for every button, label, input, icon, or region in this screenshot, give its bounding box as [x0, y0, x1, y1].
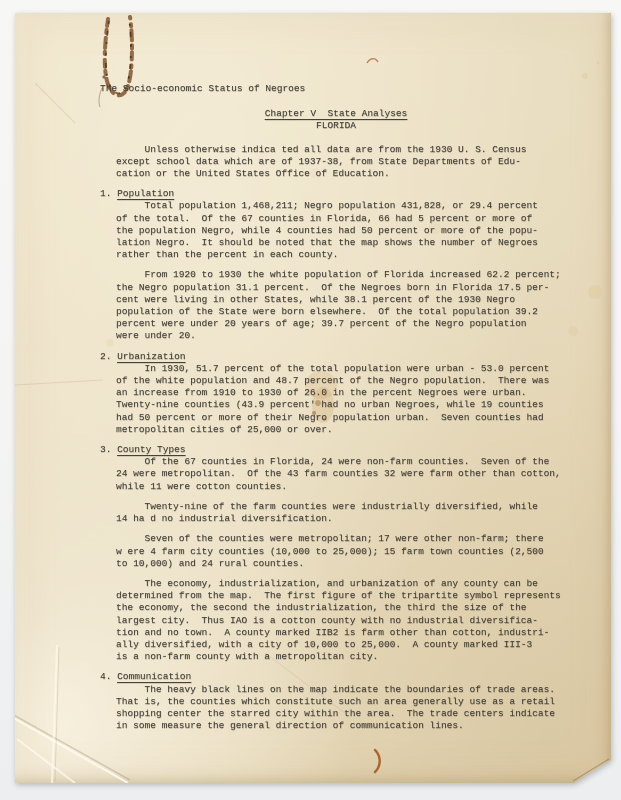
- typed-content: The Socio-economic Status of Negroes Cha…: [100, 83, 572, 740]
- scan-background: The Socio-economic Status of Negroes Cha…: [0, 0, 621, 800]
- paragraph: The economy, industrialization, and urba…: [116, 578, 572, 663]
- section-number: 1.: [100, 188, 111, 199]
- section-title: Population: [117, 188, 174, 199]
- document-page-wrap: The Socio-economic Status of Negroes Cha…: [15, 13, 611, 783]
- section-urbanization: 2.Urbanization In 1930, 51.7 percent of …: [100, 351, 572, 436]
- document-page: The Socio-economic Status of Negroes Cha…: [15, 13, 611, 783]
- ink-speck: [102, 75, 105, 78]
- section-heading: 1.Population: [100, 188, 572, 200]
- section-title: County Types: [117, 444, 185, 455]
- section-heading: 4.Communication: [100, 671, 572, 683]
- torn-corner-edge: [573, 759, 609, 781]
- chapter-subheading: FLORIDA: [100, 120, 572, 132]
- section-title: Urbanization: [117, 351, 185, 362]
- paragraph: The heavy black lines on the map indicat…: [116, 684, 572, 733]
- section-communication: 4.Communication The heavy black lines on…: [100, 671, 572, 732]
- section-county-types: 3.County Types Of the 67 counties in Flo…: [100, 444, 572, 663]
- section-number: 3.: [100, 444, 111, 455]
- red-scratch: [367, 59, 378, 63]
- document-header-title: The Socio-economic Status of Negroes: [100, 83, 572, 95]
- intro-paragraph: Unless otherwise indica ted all data are…: [116, 144, 572, 181]
- rust-curl-mark: [375, 750, 380, 772]
- chapter-heading: Chapter V State Analyses: [262, 108, 411, 120]
- section-number: 4.: [100, 671, 111, 682]
- chapter-heading-block: Chapter V State Analyses FLORIDA: [100, 108, 572, 132]
- paragraph: From 1920 to 1930 the white population o…: [116, 269, 572, 342]
- paragraph: Total population 1,468,211; Negro popula…: [116, 200, 572, 261]
- section-heading: 2.Urbanization: [100, 351, 572, 363]
- paragraph: Twenty-nine of the farm counties were in…: [116, 501, 572, 525]
- section-heading: 3.County Types: [100, 444, 572, 456]
- section-population: 1.Population Total population 1,468,211;…: [100, 188, 572, 342]
- section-number: 2.: [100, 351, 111, 362]
- paragraph: Seven of the counties were metropolitan;…: [116, 533, 572, 570]
- section-title: Communication: [117, 671, 191, 682]
- paragraph: Of the 67 counties in Florida, 24 were n…: [116, 456, 572, 493]
- paragraph: In 1930, 51.7 percent of the total popul…: [116, 363, 572, 436]
